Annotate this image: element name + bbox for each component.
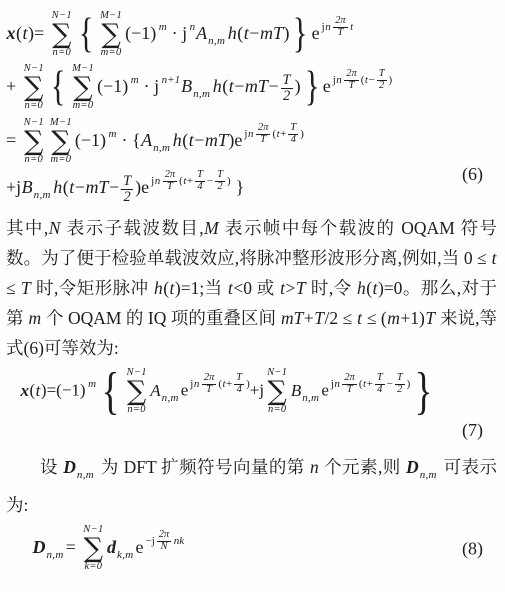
equation-number-7: (7) [462, 420, 483, 440]
equation-number-6: (6) [462, 164, 483, 185]
fraction-denominator: 4 [195, 182, 204, 193]
chinese-text-run: 当 [204, 278, 227, 298]
math-fraction: 2πT [202, 373, 216, 396]
chinese-text-run: 个 OQAM 的 IQ 项的重叠区间 [42, 308, 281, 328]
math-fraction: T4 [375, 373, 385, 396]
math-operator: ≤ ( [362, 308, 386, 328]
chinese-text-run: 个元素,则 [319, 457, 405, 477]
sigma-icon: ∑ [24, 130, 43, 154]
math-exponent: n [189, 21, 196, 33]
math-variable: d [107, 537, 116, 557]
fraction-denominator: 2 [377, 81, 386, 92]
math-variable: x [21, 381, 30, 400]
summation-operator: N−1∑k=0 [83, 524, 103, 573]
fraction-denominator: 2 [122, 190, 133, 205]
math-operator: + [226, 378, 232, 390]
summation-operator: N−1∑n=0 [127, 367, 147, 416]
fraction-numerator: T [234, 373, 244, 385]
math-operator: ( [222, 76, 228, 96]
sum-lower-limit: n=0 [25, 154, 44, 167]
math-operator: e [141, 177, 149, 197]
math-exponent: jn2πT(t+T4−T2) [331, 373, 410, 396]
math-operator: · j [139, 76, 159, 96]
math-operator: −j [146, 535, 155, 547]
math-operator: · { [117, 130, 141, 150]
math-operator: ( [237, 23, 243, 43]
math-operator: /2 ≤ [325, 308, 357, 328]
math-variable: n+1 [162, 74, 180, 86]
math-operator: − [268, 76, 278, 96]
math-operator: 0 ≤ [464, 248, 491, 268]
math-operator: + [280, 128, 286, 140]
math-operator: − [207, 175, 213, 187]
math-operator: e [312, 23, 320, 43]
sigma-icon: ∑ [52, 23, 71, 47]
math-operator: )=0 [378, 278, 402, 298]
math-variable: h [173, 130, 182, 150]
curly-brace: { [51, 70, 66, 106]
math-exponent: m [130, 74, 139, 86]
math-fraction: T2 [377, 69, 387, 92]
math-operator: e [181, 381, 189, 400]
math-exponent: jn2πT(t+T4) [190, 373, 249, 396]
math-operator: +1) [400, 308, 424, 328]
fraction-numerator: T [121, 174, 133, 190]
math-exponent: m [108, 128, 117, 140]
math-exponent: jn2πT(t+T4−T2) [151, 170, 230, 193]
curly-brace: { [79, 17, 94, 53]
math-variable: m [28, 308, 41, 328]
equation-8-block: Dn,m= N−1∑k=0dk,me−j2πNnk (8) [6, 524, 497, 573]
sum-lower-limit: n=0 [25, 100, 44, 113]
math-variable: h [154, 278, 163, 298]
chinese-text-run: 或 [252, 278, 280, 298]
math-variable: t [23, 23, 28, 43]
math-variable: m [109, 128, 117, 140]
math-fraction: T2 [121, 174, 133, 205]
chinese-text-run: 设 [40, 457, 63, 477]
math-operator: } [236, 177, 245, 197]
sum-lower-limit: m=0 [101, 47, 122, 60]
math-variable: B [291, 381, 301, 400]
sigma-icon: ∑ [84, 537, 103, 561]
math-subscript: n,m [302, 392, 319, 404]
fraction-numerator: 2π [202, 373, 216, 385]
sigma-icon: ∑ [268, 380, 287, 404]
math-operator: ( [63, 177, 69, 197]
math-operator: j [151, 175, 154, 187]
math-variable: D [63, 457, 76, 477]
sum-lower-limit: m=0 [50, 154, 71, 167]
fraction-denominator: N [159, 542, 170, 553]
math-operator: +j [6, 177, 21, 197]
math-variable: A [196, 23, 207, 43]
math-variable: h [213, 76, 222, 96]
sigma-icon: ∑ [24, 76, 43, 100]
fraction-numerator: 2π [256, 123, 270, 135]
math-variable: D [33, 537, 46, 557]
math-exponent: m [88, 378, 97, 390]
math-operator: j [190, 378, 193, 390]
sigma-icon: ∑ [51, 130, 70, 154]
math-operator: − [194, 130, 204, 150]
math-operator: )= [28, 23, 49, 43]
math-operator: ( [163, 278, 169, 298]
fraction-numerator: 2π [342, 373, 356, 385]
math-operator: e [136, 537, 144, 557]
curly-brace: { [101, 370, 119, 414]
eq6-line-3: = N−1∑n=0M−1∑m=0(−1)m · {An,mh(t−mT)ejn2… [6, 117, 497, 166]
math-fraction: T2 [281, 73, 293, 104]
summation-operator: N−1∑n=0 [52, 10, 72, 59]
summation-operator: M−1∑m=0 [50, 117, 72, 166]
fraction-numerator: T [281, 73, 293, 89]
eq6-line-4: +jBn,mh(t−mT−T2)ejn2πT(t+T4−T2)} [6, 170, 497, 205]
math-exponent: n+1 [161, 74, 180, 86]
math-subscript: n,m [153, 142, 170, 154]
sigma-icon: ∑ [73, 76, 92, 100]
math-variable: mT [205, 130, 228, 150]
math-operator: · j [167, 23, 187, 43]
summation-operator: N−1∑n=0 [24, 63, 44, 112]
math-operator: e [234, 130, 242, 150]
math-variable: h [53, 177, 62, 197]
math-operator: ) [389, 74, 393, 86]
math-variable: t [189, 130, 194, 150]
math-variable: B [22, 177, 33, 197]
fraction-denominator: 2 [215, 182, 224, 193]
math-variable: t [492, 248, 497, 268]
math-operator: (−1) [125, 23, 156, 43]
equation-6-block: x(t)= N−1∑n=0{M−1∑m=0(−1)m · jnAn,mh(t−m… [6, 10, 497, 205]
math-operator: ( [16, 23, 22, 43]
math-operator: − [75, 177, 85, 197]
math-operator: ( [359, 378, 363, 390]
fraction-denominator: T [204, 385, 214, 396]
math-subscript: n,m [208, 35, 225, 47]
math-variable: h [228, 23, 237, 43]
math-variable: A [141, 130, 152, 150]
chinese-text-run: 时,令矩形脉冲 [31, 278, 153, 298]
fraction-denominator: T [345, 385, 355, 396]
math-exponent: −j2πNnk [146, 530, 185, 553]
math-variable: t [373, 278, 378, 298]
document-page: x(t)= N−1∑n=0{M−1∑m=0(−1)m · jnAn,mh(t−m… [0, 0, 505, 592]
math-operator: ) [227, 175, 231, 187]
paragraph-1: 其中,N 表示子载波数目,M 表示帧中每个载波的 OQAM 符号数。为了便于检验… [6, 213, 497, 363]
math-operator: ( [366, 278, 372, 298]
math-variable: mT [85, 177, 108, 197]
math-operator: <0 [233, 278, 252, 298]
math-exponent: jn2πTt [322, 16, 354, 39]
sum-lower-limit: n=0 [268, 404, 287, 417]
math-variable: n [334, 378, 340, 390]
math-fraction: T4 [195, 170, 205, 193]
math-variable: mT [245, 76, 268, 96]
math-subscript: n,m [420, 469, 437, 481]
math-variable: t [350, 21, 353, 33]
math-fraction: T2 [395, 373, 405, 396]
eq6-line-1: x(t)= N−1∑n=0{M−1∑m=0(−1)m · jnAn,mh(t−m… [6, 10, 497, 59]
fraction-numerator: T [288, 123, 298, 135]
math-operator: = [66, 537, 81, 557]
math-variable: n [248, 128, 254, 140]
math-operator: − [109, 177, 119, 197]
math-variable: n [325, 21, 331, 33]
math-exponent: jn2πT(t−T2) [333, 69, 392, 92]
math-variable: n [194, 378, 200, 390]
math-variable: t [170, 278, 175, 298]
sum-lower-limit: k=0 [84, 561, 102, 574]
math-variable: M [204, 218, 219, 238]
chinese-text-run: 表示子载波数目, [61, 218, 204, 238]
chinese-text-run: 时,令 [306, 278, 356, 298]
math-operator: (−1) [75, 130, 106, 150]
curly-brace: } [415, 370, 433, 414]
eq8-line-1: Dn,m= N−1∑k=0dk,me−j2πNnk [32, 524, 497, 573]
math-operator: (−1) [97, 76, 128, 96]
fraction-denominator: T [165, 182, 175, 193]
math-operator: + [367, 378, 373, 390]
eq7-label-line: (7) [6, 418, 497, 442]
math-variable: mT [281, 308, 303, 328]
math-fraction: 2πN [157, 530, 171, 553]
math-variable: mT [260, 23, 283, 43]
math-operator: ≤ [6, 278, 20, 298]
chinese-text-run: 其中, [6, 218, 48, 238]
eq7-line-1: x(t)=(−1)m{N−1∑n=0An,mejn2πT(t+T4)+jN−1∑… [20, 367, 497, 416]
math-variable: T [21, 278, 31, 298]
math-fraction: 2πT [333, 16, 347, 39]
fraction-denominator: 2 [395, 385, 404, 396]
math-variable: T [314, 308, 324, 328]
math-variable: t [229, 76, 234, 96]
fraction-denominator: 4 [289, 135, 298, 146]
math-operator: ( [182, 130, 188, 150]
math-operator: + [187, 175, 193, 187]
math-variable: t [69, 177, 74, 197]
math-variable: B [181, 76, 192, 96]
math-operator: e [321, 381, 329, 400]
math-fraction: 2πT [344, 69, 358, 92]
math-operator: ) [283, 23, 289, 43]
math-operator: ( [30, 381, 36, 400]
math-operator: e [323, 76, 331, 96]
chinese-text-run: 为 DFT 扩频符号向量的第 [96, 457, 310, 477]
math-operator: ( [272, 128, 276, 140]
math-fraction: 2πT [256, 123, 270, 146]
math-variable: n [190, 21, 196, 33]
math-subscript: n,m [193, 88, 210, 100]
math-exponent: m [158, 21, 167, 33]
math-fraction: T4 [288, 123, 298, 146]
sum-lower-limit: m=0 [73, 100, 94, 113]
math-variable: n [155, 175, 161, 187]
math-operator: − [234, 76, 244, 96]
math-operator: > [285, 278, 295, 298]
math-fraction: T2 [215, 170, 225, 193]
sum-lower-limit: n=0 [127, 404, 146, 417]
math-subscript: k,m [117, 549, 133, 561]
sigma-icon: ∑ [101, 23, 120, 47]
math-operator: − [387, 378, 393, 390]
summation-operator: M−1∑m=0 [72, 63, 94, 112]
math-variable: N [49, 218, 61, 238]
math-variable: m [159, 21, 167, 33]
math-variable: T [425, 308, 435, 328]
sum-lower-limit: n=0 [53, 47, 72, 60]
fraction-numerator: T [395, 373, 405, 385]
math-variable: h [357, 278, 366, 298]
math-subscript: n,m [34, 189, 51, 201]
paragraph-2: 设 Dn,m 为 DFT 扩频符号向量的第 n 个元素,则 Dn,m 可表示为: [6, 452, 497, 520]
sigma-icon: ∑ [127, 380, 146, 404]
fraction-numerator: T [375, 373, 385, 385]
math-variable: D [406, 457, 419, 477]
math-variable: T [296, 278, 306, 298]
math-subscript: n,m [47, 549, 64, 561]
fraction-denominator: 2 [281, 89, 292, 104]
math-operator: )=(−1) [41, 381, 86, 400]
eq6-line-2: + N−1∑n=0{M−1∑m=0(−1)m · jn+1Bn,mh(t−mT−… [6, 63, 497, 112]
math-fraction: T4 [234, 373, 244, 396]
math-operator: + [304, 308, 314, 328]
summation-operator: N−1∑n=0 [24, 117, 44, 166]
fraction-denominator: 4 [235, 385, 244, 396]
math-operator: )=1; [175, 278, 204, 298]
math-exponent: jn2πT(t+T4) [244, 123, 303, 146]
math-fraction: 2πT [342, 373, 356, 396]
math-variable: m [88, 378, 96, 390]
fraction-denominator: T [336, 28, 346, 39]
math-variable: n [310, 457, 319, 477]
math-operator: + [6, 76, 21, 96]
math-variable: x [7, 23, 16, 43]
fraction-denominator: 4 [375, 385, 384, 396]
math-operator: ) [407, 378, 411, 390]
math-operator: − [368, 74, 374, 86]
equation-7-block: x(t)=(−1)m{N−1∑n=0An,mejn2πT(t+T4)+jN−1∑… [6, 367, 497, 442]
equation-number-8: (8) [462, 539, 483, 560]
math-subscript: n,m [77, 469, 94, 481]
math-subscript: n,m [162, 392, 179, 404]
math-fraction: 2πT [163, 170, 177, 193]
fraction-denominator: T [347, 81, 357, 92]
curly-brace: } [304, 70, 319, 106]
math-variable: t [36, 381, 41, 400]
math-operator: − [249, 23, 259, 43]
math-variable: n [336, 74, 342, 86]
curly-brace: } [293, 17, 308, 53]
summation-operator: N−1∑n=0 [267, 367, 287, 416]
math-variable: nk [174, 535, 184, 547]
math-variable: m [131, 74, 139, 86]
math-operator: +j [250, 381, 264, 400]
math-variable: m [387, 308, 400, 328]
summation-operator: M−1∑m=0 [100, 10, 122, 59]
math-operator: ( [361, 74, 365, 86]
math-operator: ) [295, 76, 301, 96]
fraction-denominator: T [258, 135, 268, 146]
math-operator: = [6, 130, 21, 150]
math-variable: A [150, 381, 160, 400]
math-operator: ) [300, 128, 304, 140]
